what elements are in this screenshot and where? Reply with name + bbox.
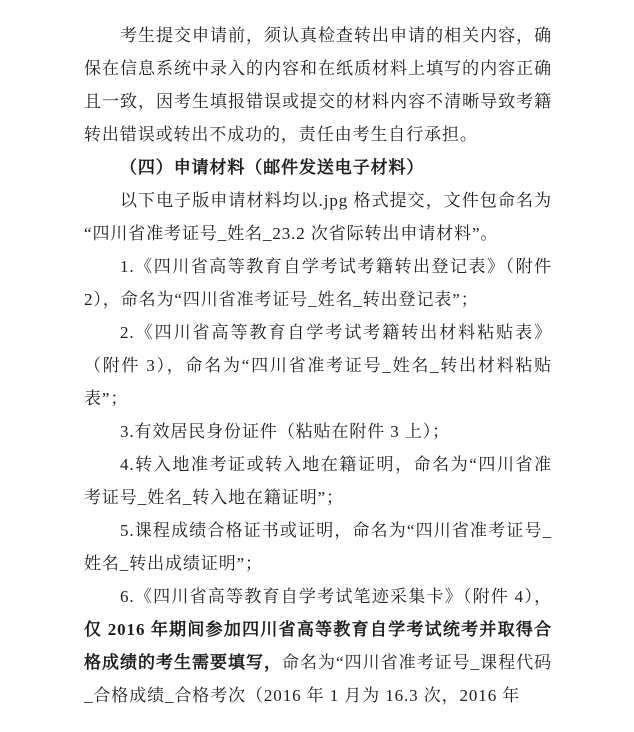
- document-page: 考生提交申请前，须认真检查转出申请的相关内容，确保在信息系统中录入的内容和在纸质…: [0, 0, 634, 732]
- paragraph-pre-submission-notice: 考生提交申请前，须认真检查转出申请的相关内容，确保在信息系统中录入的内容和在纸质…: [84, 19, 552, 151]
- list-item-1-transfer-registration-form: 1.《四川省高等教育自学考试考籍转出登记表》（附件 2），命名为“四川省准考证号…: [84, 250, 552, 316]
- list-item-5-course-score-certificate: 5.课程成绩合格证书或证明，命名为“四川省准考证号_姓名_转出成绩证明”；: [84, 514, 552, 580]
- list-item-4-destination-certificate: 4.转入地准考证或转入地在籍证明，命名为“四川省准考证号_姓名_转入地在籍证明”…: [84, 448, 552, 514]
- paragraph-materials-naming-intro: 以下电子版申请材料均以.jpg 格式提交，文件包命名为“四川省准考证号_姓名_2…: [84, 184, 552, 250]
- list-item-2-material-paste-sheet: 2.《四川省高等教育自学考试考籍转出材料粘贴表》（附件 3），命名为“四川省准考…: [84, 316, 552, 415]
- list-item-3-id-document: 3.有效居民身份证件（粘贴在附件 3 上）；: [84, 415, 552, 448]
- list-item-6-handwriting-card: 6.《四川省高等教育自学考试笔迹采集卡》（附件 4），仅 2016 年期间参加四…: [84, 580, 552, 712]
- section-heading-application-materials: （四）申请材料（邮件发送电子材料）: [84, 151, 552, 184]
- item6-prefix-text: 6.《四川省高等教育自学考试笔迹采集卡》（附件 4），: [120, 587, 552, 606]
- document-text-block: 考生提交申请前，须认真检查转出申请的相关内容，确保在信息系统中录入的内容和在纸质…: [84, 19, 552, 712]
